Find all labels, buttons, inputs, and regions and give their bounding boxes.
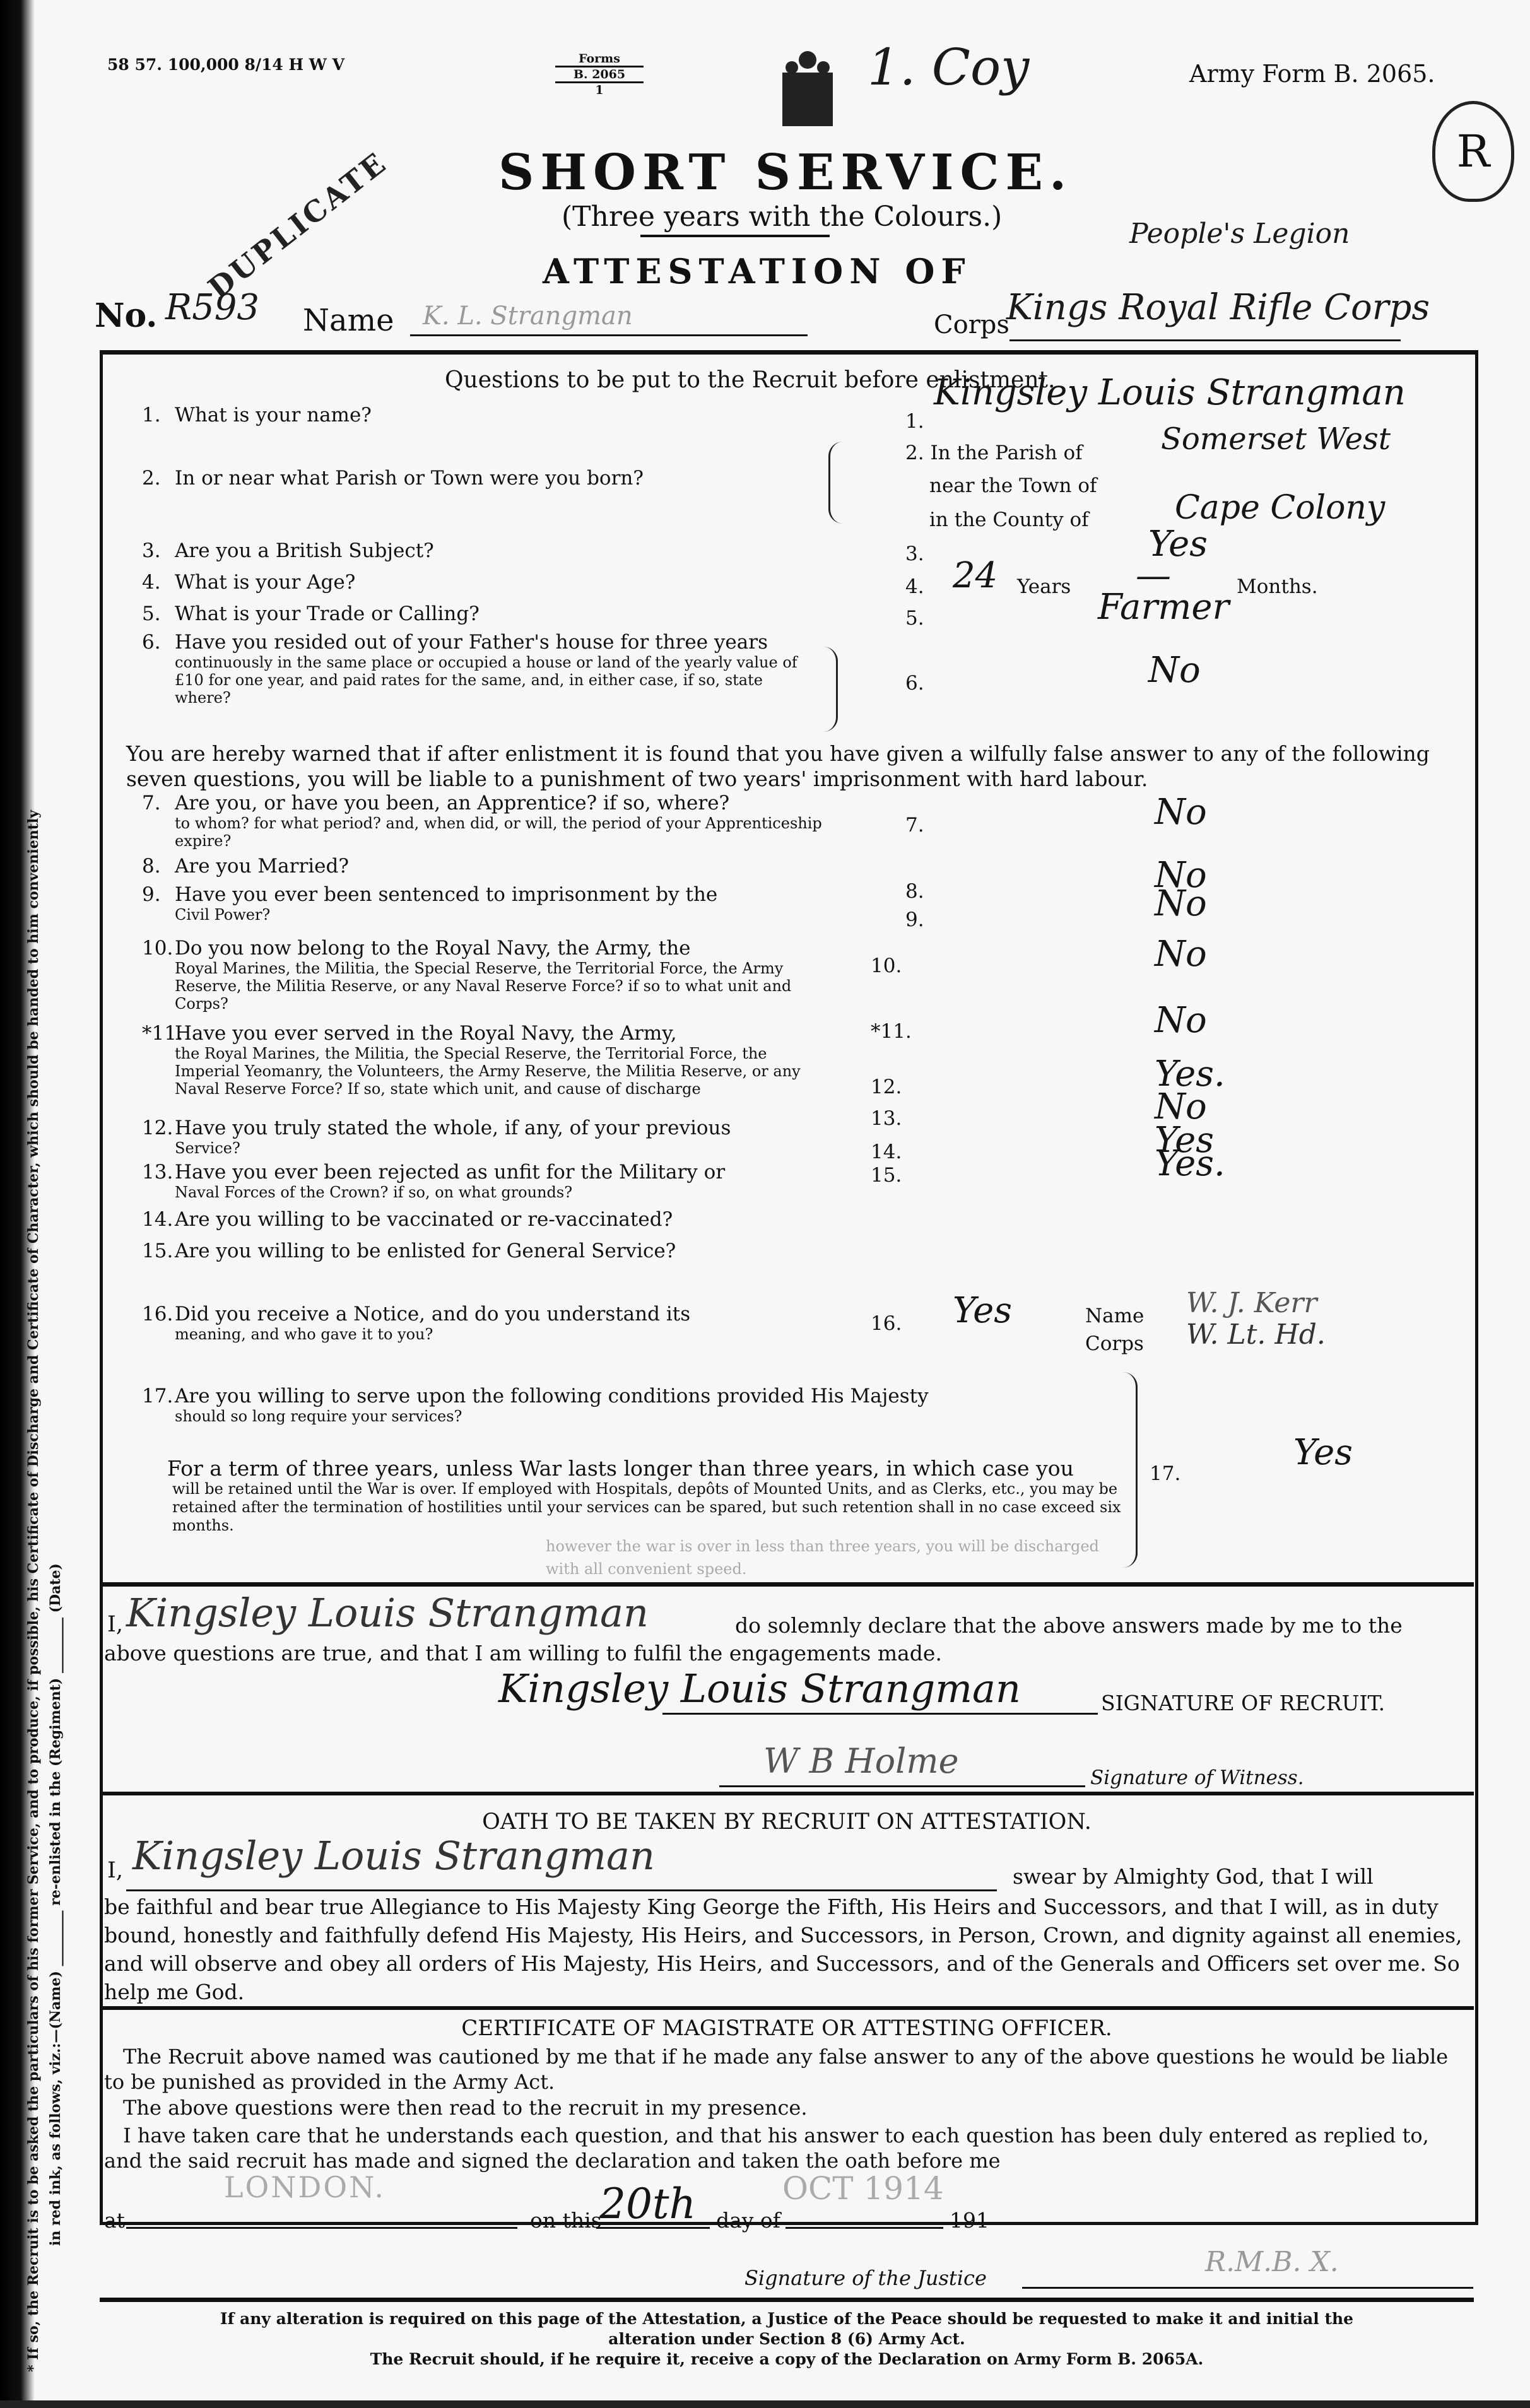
- answer-16-corps-value: W. Lt. Hd.: [1186, 1319, 1326, 1351]
- answer-16-corps-label: Corps: [1085, 1332, 1144, 1355]
- answer-8-num: 8.: [905, 880, 924, 903]
- question-9: 9.Have you ever been sentenced to impris…: [142, 883, 823, 924]
- question-8: 8.Are you Married?: [142, 855, 349, 878]
- recruit-signature: Kingsley Louis Strangman: [498, 1665, 1021, 1712]
- question-5: 5.What is your Trade or Calling?: [142, 602, 480, 625]
- at-label: at: [104, 2208, 125, 2233]
- oath-prefix: I,: [107, 1858, 123, 1883]
- conditions-text: For a term of three years, unless War la…: [167, 1457, 1126, 1580]
- declaration-text: do solemnly declare that the above answe…: [104, 1612, 1467, 1667]
- answer-6-value: No: [1148, 650, 1201, 691]
- answer-4-years: 24: [953, 555, 997, 596]
- answer-9-num: 9.: [905, 908, 924, 931]
- answer-9-value: No: [1155, 883, 1207, 924]
- question-16: 16.Did you receive a Notice, and do you …: [142, 1303, 823, 1343]
- day-value: 20th: [599, 2180, 696, 2228]
- certificate-paragraph-1: The Recruit above named was cautioned by…: [104, 2044, 1467, 2094]
- margin-note-line2: in red ink, as follows, viz.:—(Name) ___…: [47, 1563, 64, 2246]
- name-label: Name: [303, 303, 394, 338]
- answer-17-value: Yes: [1293, 1432, 1353, 1473]
- conditions-faded: however the war is over in less than thr…: [167, 1535, 1126, 1580]
- answer-6-num: 6.: [905, 672, 924, 695]
- forms-sub: 1: [555, 83, 644, 97]
- answer-7-num: 7.: [905, 814, 924, 837]
- answer-12-num: 12.: [871, 1076, 902, 1098]
- annotation-circle: R: [1432, 101, 1514, 202]
- forms-number: B. 2065: [555, 66, 644, 83]
- answer-16-num: 16.: [871, 1312, 902, 1335]
- warning-text: You are hereby warned that if after enli…: [126, 741, 1451, 792]
- question-7: 7.Are you, or have you been, an Apprenti…: [142, 792, 823, 850]
- question-14: 14.Are you willing to be vaccinated or r…: [142, 1208, 673, 1231]
- answer-1-value: Kingsley Louis Strangman: [934, 372, 1406, 413]
- annotation-company: 1. Coy: [868, 38, 1029, 97]
- at-stamp-value: LONDON.: [224, 2170, 385, 2204]
- corps-label: Corps: [934, 310, 1009, 339]
- answer-11-value: No: [1155, 1000, 1207, 1041]
- answer-2-county-value: Cape Colony: [1175, 489, 1385, 527]
- answer-4-line: 4.: [905, 575, 924, 598]
- army-form-number: Army Form B. 2065.: [1189, 60, 1435, 88]
- footer-line-2: alteration under Section 8 (6) Army Act.: [100, 2329, 1474, 2349]
- witness-signature: W B Holme: [763, 1741, 959, 1781]
- answer-15-num: 15.: [871, 1164, 902, 1187]
- forms-reference: Forms B. 2065 1: [555, 52, 644, 97]
- recruit-signature-label: SIGNATURE OF RECRUIT.: [1101, 1691, 1385, 1715]
- certificate-paragraph-2: The above questions were then read to th…: [123, 2096, 808, 2120]
- conditions-body: will be retained until the War is over. …: [167, 1480, 1126, 1535]
- form-subtitle: (Three years with the Colours.): [562, 201, 1002, 233]
- answer-7-value: No: [1155, 792, 1207, 833]
- answer-10-value: No: [1155, 934, 1207, 975]
- question-6: 6.Have you resided out of your Father's …: [142, 631, 823, 707]
- royal-crest-icon: [773, 47, 842, 129]
- answer-16-name-label: Name: [1085, 1305, 1144, 1327]
- answer-2-parish-value: Somerset West: [1161, 421, 1391, 457]
- attestation-of-heading: ATTESTATION OF: [543, 251, 972, 291]
- conditions-lead: For a term of three years, unless War la…: [167, 1457, 1126, 1480]
- day-of-label: day of: [716, 2208, 780, 2233]
- attestation-form-page: * If so, the Recruit is to be asked the …: [0, 0, 1530, 2408]
- certificate-paragraph-3: I have taken care that he understands ea…: [104, 2123, 1467, 2173]
- corps-field-value: Kings Royal Rifle Corps: [1006, 287, 1430, 328]
- answer-15-value: Yes.: [1155, 1143, 1225, 1184]
- certificate-heading: CERTIFICATE OF MAGISTRATE OR ATTESTING O…: [100, 2016, 1474, 2041]
- footer-line-1: If any alteration is required on this pa…: [100, 2309, 1474, 2329]
- duplicate-stamp: DUPLICATE: [202, 145, 394, 305]
- on-this-label: on this: [530, 2208, 602, 2233]
- attestation-number-value: R593: [165, 287, 259, 328]
- print-code: 58 57. 100,000 8/14 H W V: [107, 56, 344, 74]
- month-stamp-value: OCT 1914: [782, 2170, 944, 2207]
- name-field-line: [410, 334, 808, 336]
- question-12: 12.Have you truly stated the whole, if a…: [142, 1117, 823, 1157]
- question-2: 2.In or near what Parish or Town were yo…: [142, 467, 644, 490]
- justice-signature: R.M.B. X.: [1205, 2246, 1339, 2278]
- answer-13-num: 13.: [871, 1107, 902, 1130]
- question-3: 3.Are you a British Subject?: [142, 539, 434, 562]
- oath-body: be faithful and bear true Allegiance to …: [104, 1893, 1467, 2006]
- question-15: 15.Are you willing to be enlisted for Ge…: [142, 1240, 676, 1262]
- question-13: 13.Have you ever been rejected as unfit …: [142, 1161, 823, 1201]
- footer-notes: If any alteration is required on this pa…: [100, 2309, 1474, 2370]
- form-title: SHORT SERVICE.: [498, 144, 1073, 201]
- months-label: Months.: [1237, 575, 1318, 598]
- attestation-number-label: No.: [95, 297, 157, 335]
- answer-11-num: *11.: [871, 1020, 912, 1043]
- answer-14-num: 14.: [871, 1141, 902, 1163]
- footer-line-3: The Recruit should, if he require it, re…: [100, 2349, 1474, 2370]
- answer-17-num: 17.: [1150, 1462, 1180, 1485]
- oath-name: Kingsley Louis Strangman: [132, 1833, 655, 1879]
- forms-label: Forms: [555, 52, 644, 66]
- witness-signature-label: Signature of Witness.: [1090, 1766, 1304, 1789]
- question-11: *11.Have you ever served in the Royal Na…: [142, 1022, 823, 1098]
- annotation-people: People's Legion: [1129, 218, 1350, 250]
- oath-lead: swear by Almighty God, that I will: [1013, 1864, 1374, 1889]
- answer-5-value: Farmer: [1098, 587, 1229, 628]
- year-label: 191: [950, 2208, 989, 2233]
- question-4: 4.What is your Age?: [142, 571, 355, 594]
- question-10: 10.Do you now belong to the Royal Navy, …: [142, 937, 823, 1013]
- justice-signature-label: Signature of the Justice: [744, 2266, 987, 2290]
- question-1: 1.What is your name?: [142, 404, 372, 426]
- years-label: Years: [1017, 575, 1071, 598]
- answer-16-name-value: W. J. Kerr: [1186, 1287, 1317, 1319]
- answer-16-value: Yes: [953, 1290, 1012, 1331]
- answer-2-town-label: near the Town of: [929, 474, 1097, 497]
- corps-field-line: [1009, 339, 1401, 341]
- answer-2-parish-label: 2. In the Parish of: [905, 442, 1083, 464]
- answer-10-num: 10.: [871, 954, 902, 977]
- question-17: 17.Are you willing to serve upon the fol…: [142, 1385, 1126, 1425]
- name-field-value: K. L. Strangman: [423, 302, 633, 331]
- answer-1-num: 1.: [905, 410, 924, 433]
- answer-3-num: 3.: [905, 543, 924, 565]
- oath-heading: OATH TO BE TAKEN BY RECRUIT ON ATTESTATI…: [100, 1809, 1474, 1835]
- margin-note-line1: * If so, the Recruit is to be asked the …: [25, 810, 42, 2372]
- answer-5-num: 5.: [905, 607, 924, 630]
- answer-2-county-label: in the County of: [929, 508, 1089, 531]
